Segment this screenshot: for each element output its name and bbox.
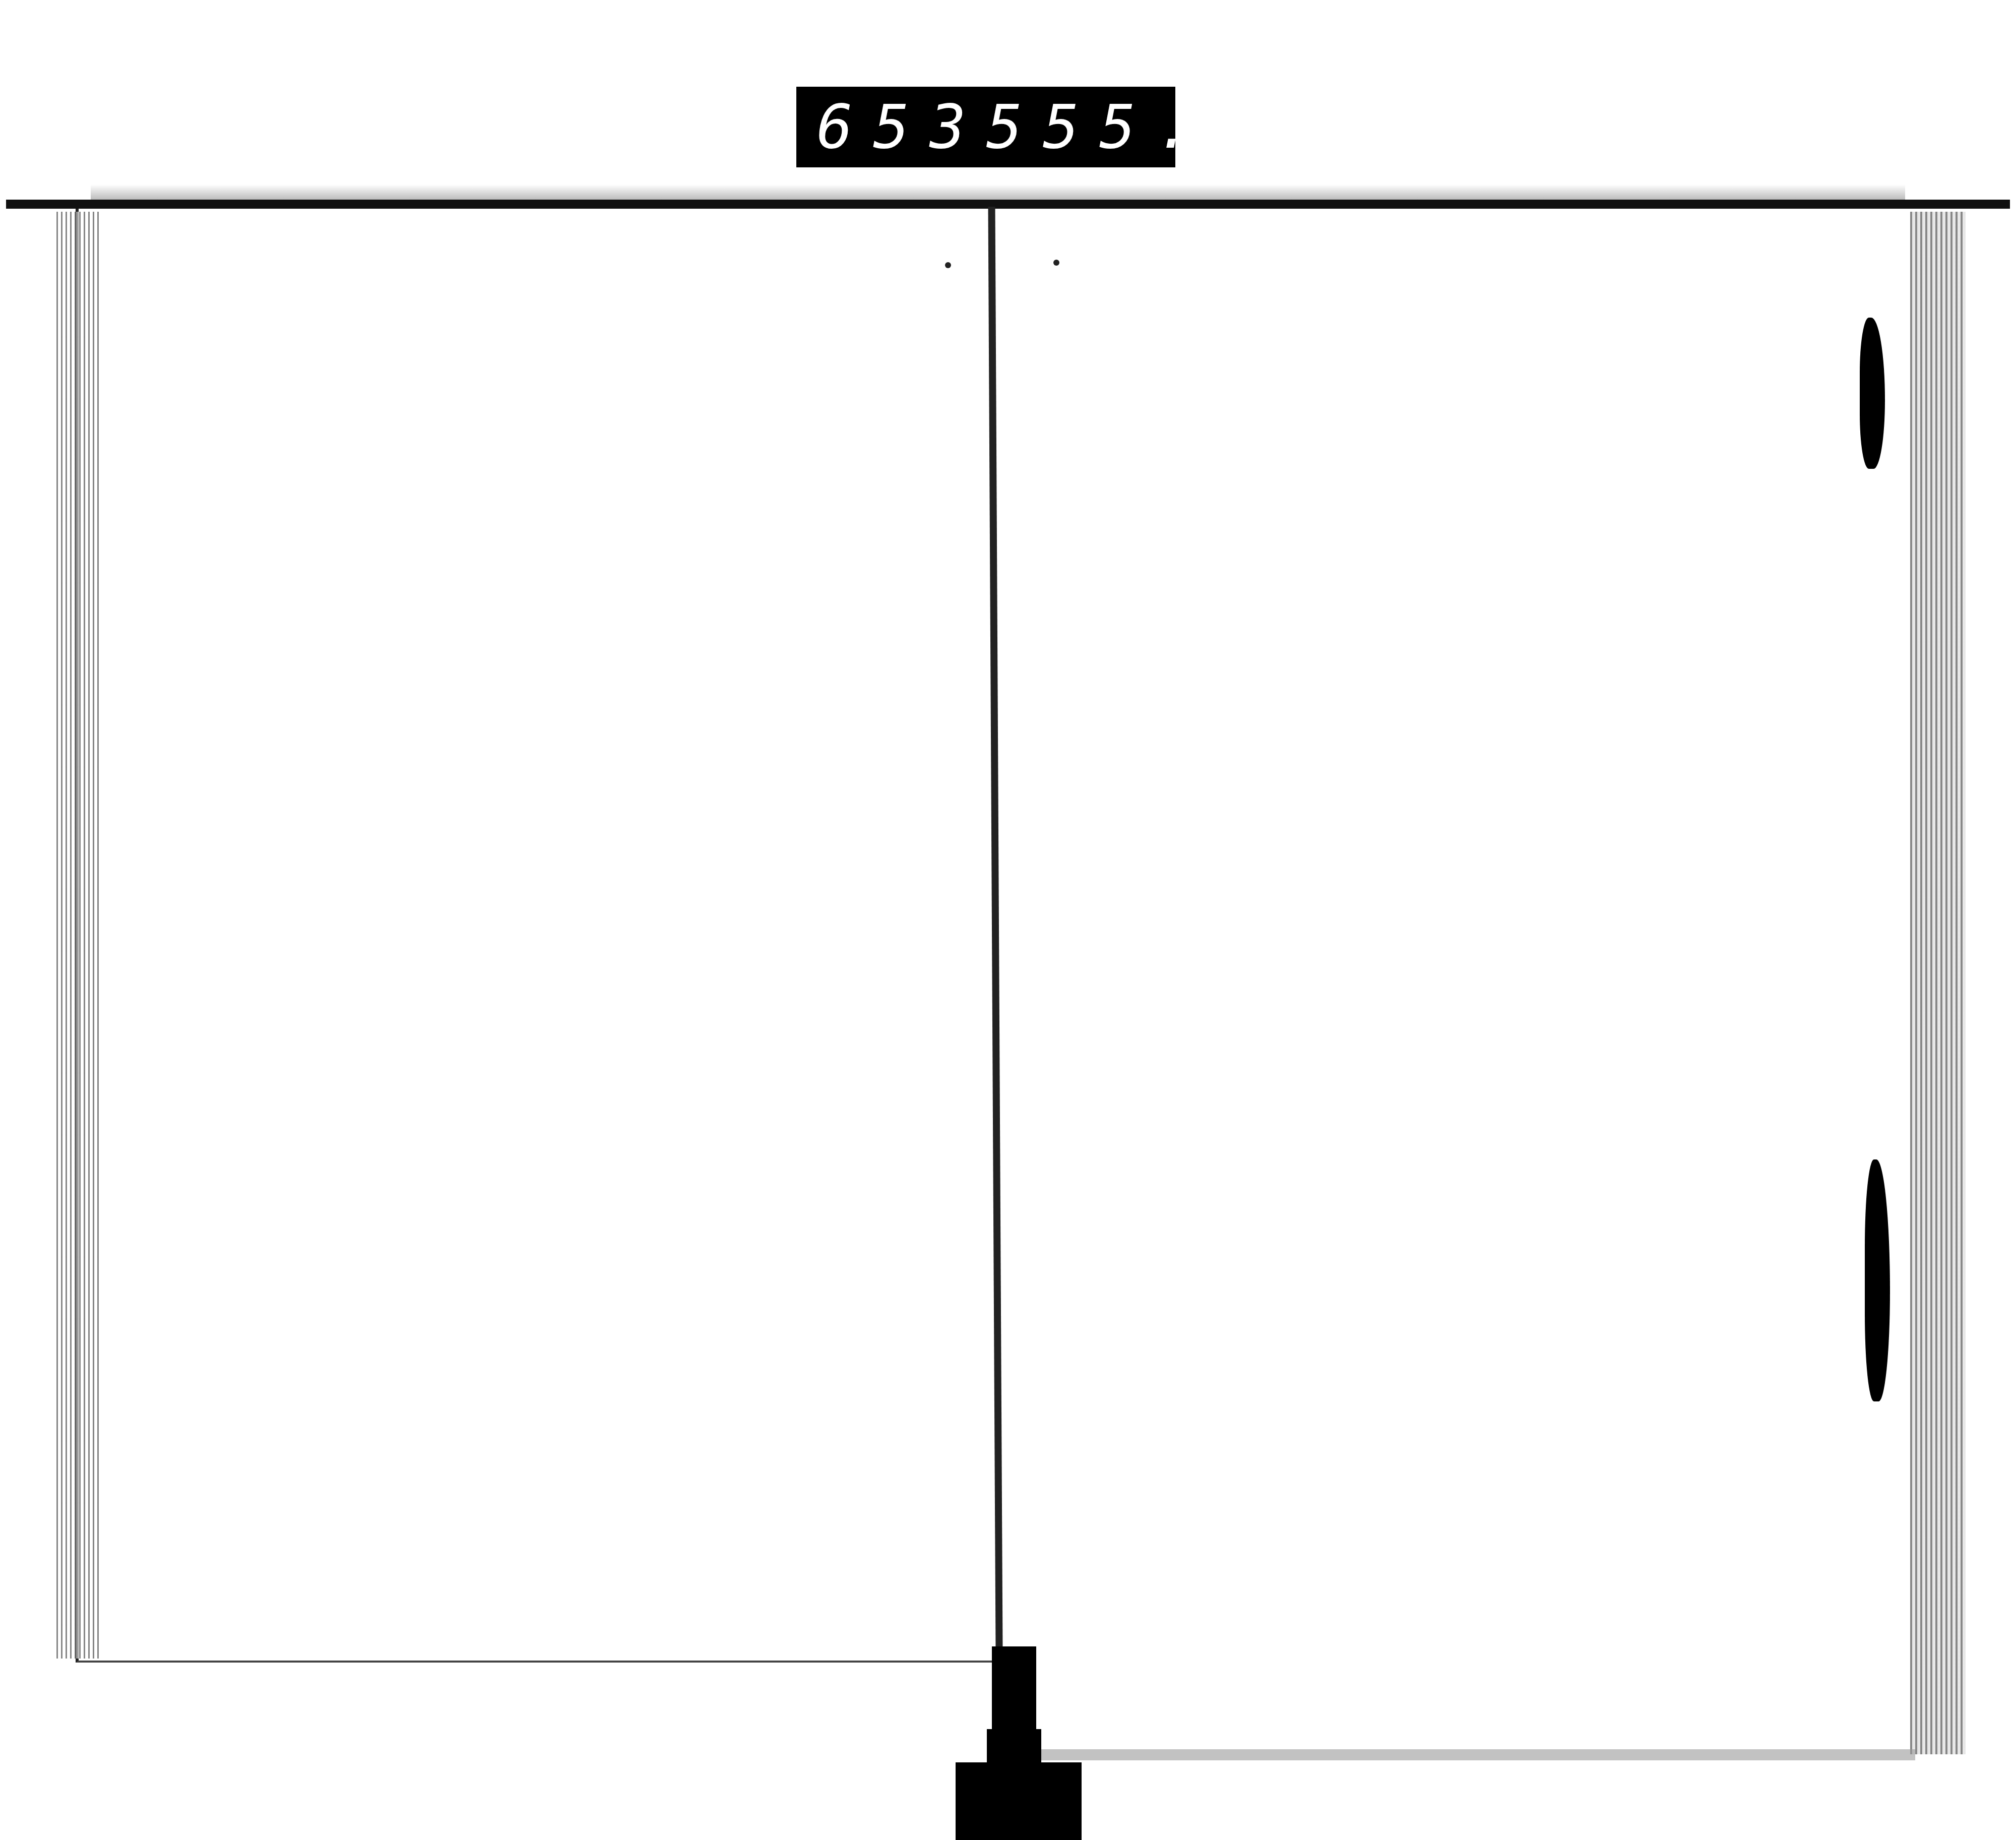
speck	[1053, 260, 1059, 266]
right-page	[1008, 209, 1915, 1751]
left-page	[76, 209, 1001, 1663]
spine-clamp-base	[987, 1729, 1041, 1764]
spine-clamp	[992, 1646, 1036, 1732]
reel-number-left: 653	[816, 92, 986, 162]
top-clamp-bar	[6, 200, 2010, 209]
reel-label: 653 555.	[796, 87, 1175, 167]
left-page-edges	[56, 212, 102, 1659]
reel-number-right: 555.	[986, 92, 1213, 162]
speck	[945, 262, 951, 268]
spine-clamp-foot	[956, 1762, 1082, 1840]
bottom-shadow	[1038, 1749, 1915, 1760]
top-shadow	[91, 185, 1905, 201]
right-page-edges	[1910, 212, 1966, 1754]
